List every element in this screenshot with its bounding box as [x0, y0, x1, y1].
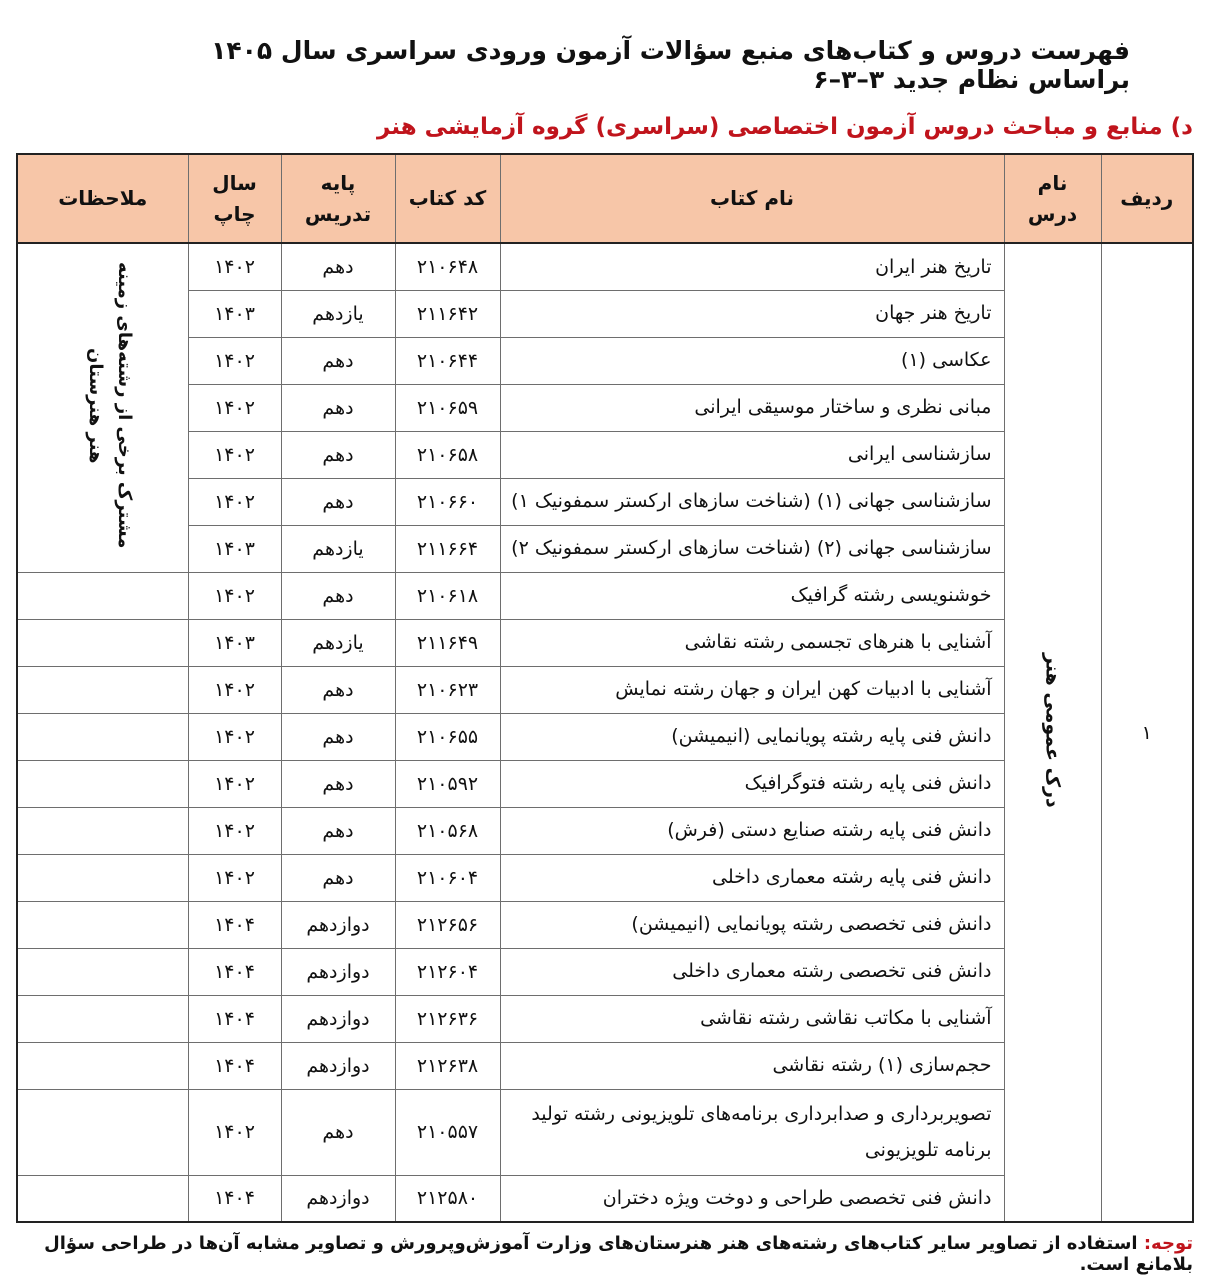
note-cell	[17, 572, 188, 619]
book-name-cell: تصویربرداری و صدابرداری برنامه‌های تلویز…	[500, 1089, 1004, 1175]
year-cell: ۱۴۰۲	[188, 854, 281, 901]
book-code-cell: ۲۱۲۶۳۶	[395, 995, 500, 1042]
book-code-cell: ۲۱۰۶۰۴	[395, 854, 500, 901]
grade-cell: دهم	[281, 666, 395, 713]
year-cell: ۱۴۰۲	[188, 1089, 281, 1175]
grade-cell: یازدهم	[281, 525, 395, 572]
footer-note-text: استفاده از تصاویر سایر کتاب‌های رشته‌های…	[44, 1233, 1193, 1275]
header-print-year: سال چاپ	[188, 154, 281, 243]
note-cell	[17, 901, 188, 948]
document-title: فهرست دروس و کتاب‌های منبع سؤالات آزمون …	[150, 36, 1130, 94]
book-code-cell: ۲۱۰۶۴۸	[395, 243, 500, 290]
note-cell	[17, 995, 188, 1042]
book-name-cell: آشنایی با مکاتب نقاشی رشته نقاشی	[500, 995, 1004, 1042]
book-name-cell: سازشناسی ایرانی	[500, 431, 1004, 478]
grade-cell: دهم	[281, 384, 395, 431]
year-cell: ۱۴۰۳	[188, 290, 281, 337]
footer-note: توجه: استفاده از تصاویر سایر کتاب‌های رش…	[13, 1233, 1193, 1275]
header-book-code: کد کتاب	[395, 154, 500, 243]
book-code-cell: ۲۱۱۶۴۲	[395, 290, 500, 337]
grade-cell: دهم	[281, 478, 395, 525]
books-table: ردیف نام درس نام کتاب کد کتاب پایه تدریس…	[16, 153, 1194, 1223]
grade-cell: دوازدهم	[281, 901, 395, 948]
note-cell	[17, 1089, 188, 1175]
year-cell: ۱۴۰۴	[188, 1042, 281, 1089]
grade-cell: دهم	[281, 572, 395, 619]
grade-cell: دهم	[281, 337, 395, 384]
book-name-cell: سازشناسی جهانی (۲) (شناخت سازهای ارکستر …	[500, 525, 1004, 572]
book-name-cell: تاریخ هنر جهان	[500, 290, 1004, 337]
course-name: درک عمومی هنر	[1037, 653, 1067, 808]
shared-note-cell: مشترک برخی از رشته‌های زمینه هنر هنرستان	[17, 243, 188, 572]
course-name-cell: درک عمومی هنر	[1004, 243, 1101, 1222]
section-title: د) منابع و مباحث دروس آزمون اختصاصی (سرا…	[377, 114, 1193, 140]
year-cell: ۱۴۰۲	[188, 243, 281, 290]
book-name-cell: دانش فنی پایه رشته فتوگرافیک	[500, 760, 1004, 807]
book-code-cell: ۲۱۰۶۵۵	[395, 713, 500, 760]
grade-cell: دهم	[281, 243, 395, 290]
book-name-cell: آشنایی با ادبیات کهن ایران و جهان رشته ن…	[500, 666, 1004, 713]
note-cell	[17, 1042, 188, 1089]
grade-cell: یازدهم	[281, 290, 395, 337]
year-cell: ۱۴۰۲	[188, 760, 281, 807]
book-name-cell: آشنایی با هنرهای تجسمی رشته نقاشی	[500, 619, 1004, 666]
year-cell: ۱۴۰۴	[188, 901, 281, 948]
book-name-cell: خوشنویسی رشته گرافیک	[500, 572, 1004, 619]
book-code-cell: ۲۱۰۶۵۹	[395, 384, 500, 431]
book-name-cell: دانش فنی پایه رشته معماری داخلی	[500, 854, 1004, 901]
book-code-cell: ۲۱۰۵۹۲	[395, 760, 500, 807]
table-header-row: ردیف نام درس نام کتاب کد کتاب پایه تدریس…	[17, 154, 1193, 243]
book-name-cell: سازشناسی جهانی (۱) (شناخت سازهای ارکستر …	[500, 478, 1004, 525]
header-notes: ملاحظات	[17, 154, 188, 243]
book-name-cell: دانش فنی تخصصی طراحی و دوخت ویژه دختران	[500, 1175, 1004, 1222]
book-code-cell: ۲۱۲۶۳۸	[395, 1042, 500, 1089]
grade-cell: دوازدهم	[281, 995, 395, 1042]
year-cell: ۱۴۰۳	[188, 525, 281, 572]
year-cell: ۱۴۰۲	[188, 666, 281, 713]
book-code-cell: ۲۱۱۶۶۴	[395, 525, 500, 572]
year-cell: ۱۴۰۴	[188, 995, 281, 1042]
grade-cell: دهم	[281, 713, 395, 760]
note-cell	[17, 619, 188, 666]
book-name-cell: دانش فنی تخصصی رشته پویانمایی (انیمیشن)	[500, 901, 1004, 948]
year-cell: ۱۴۰۲	[188, 384, 281, 431]
year-cell: ۱۴۰۲	[188, 713, 281, 760]
year-cell: ۱۴۰۴	[188, 1175, 281, 1222]
note-cell	[17, 948, 188, 995]
note-cell	[17, 713, 188, 760]
book-code-cell: ۲۱۰۶۵۸	[395, 431, 500, 478]
book-code-cell: ۲۱۰۶۴۴	[395, 337, 500, 384]
note-cell	[17, 807, 188, 854]
book-name-cell: دانش فنی پایه رشته پویانمایی (انیمیشن)	[500, 713, 1004, 760]
year-cell: ۱۴۰۲	[188, 431, 281, 478]
grade-cell: دهم	[281, 854, 395, 901]
year-cell: ۱۴۰۲	[188, 807, 281, 854]
year-cell: ۱۴۰۴	[188, 948, 281, 995]
book-code-cell: ۲۱۰۶۲۳	[395, 666, 500, 713]
note-cell	[17, 666, 188, 713]
book-code-cell: ۲۱۰۶۱۸	[395, 572, 500, 619]
header-course-name: نام درس	[1004, 154, 1101, 243]
year-cell: ۱۴۰۲	[188, 478, 281, 525]
note-cell	[17, 854, 188, 901]
year-cell: ۱۴۰۲	[188, 337, 281, 384]
shared-note: مشترک برخی از رشته‌های زمینه هنر هنرستان	[68, 260, 138, 550]
book-code-cell: ۲۱۰۵۵۷	[395, 1089, 500, 1175]
note-cell	[17, 760, 188, 807]
header-grade: پایه تدریس	[281, 154, 395, 243]
year-cell: ۱۴۰۲	[188, 572, 281, 619]
book-code-cell: ۲۱۰۶۶۰	[395, 478, 500, 525]
table-row: ۱ درک عمومی هنر تاریخ هنر ایران ۲۱۰۶۴۸ د…	[17, 243, 1193, 290]
header-row-number: ردیف	[1101, 154, 1193, 243]
footer-note-label: توجه:	[1144, 1233, 1193, 1254]
grade-cell: یازدهم	[281, 619, 395, 666]
grade-cell: دوازدهم	[281, 948, 395, 995]
book-name-cell: دانش فنی پایه رشته صنایع دستی (فرش)	[500, 807, 1004, 854]
book-code-cell: ۲۱۲۶۰۴	[395, 948, 500, 995]
grade-cell: دهم	[281, 431, 395, 478]
grade-cell: دهم	[281, 807, 395, 854]
book-code-cell: ۲۱۲۵۸۰	[395, 1175, 500, 1222]
book-name-cell: تاریخ هنر ایران	[500, 243, 1004, 290]
grade-cell: دهم	[281, 1089, 395, 1175]
book-code-cell: ۲۱۲۶۵۶	[395, 901, 500, 948]
book-name-cell: عکاسی (۱)	[500, 337, 1004, 384]
book-code-cell: ۲۱۰۵۶۸	[395, 807, 500, 854]
grade-cell: دهم	[281, 760, 395, 807]
book-name-cell: مبانی نظری و ساختار موسیقی ایرانی	[500, 384, 1004, 431]
book-name-cell: حجم‌سازی (۱) رشته نقاشی	[500, 1042, 1004, 1089]
year-cell: ۱۴۰۳	[188, 619, 281, 666]
book-code-cell: ۲۱۱۶۴۹	[395, 619, 500, 666]
grade-cell: دوازدهم	[281, 1042, 395, 1089]
header-book-name: نام کتاب	[500, 154, 1004, 243]
book-name-cell: دانش فنی تخصصی رشته معماری داخلی	[500, 948, 1004, 995]
note-cell	[17, 1175, 188, 1222]
grade-cell: دوازدهم	[281, 1175, 395, 1222]
row-number-cell: ۱	[1101, 243, 1193, 1222]
